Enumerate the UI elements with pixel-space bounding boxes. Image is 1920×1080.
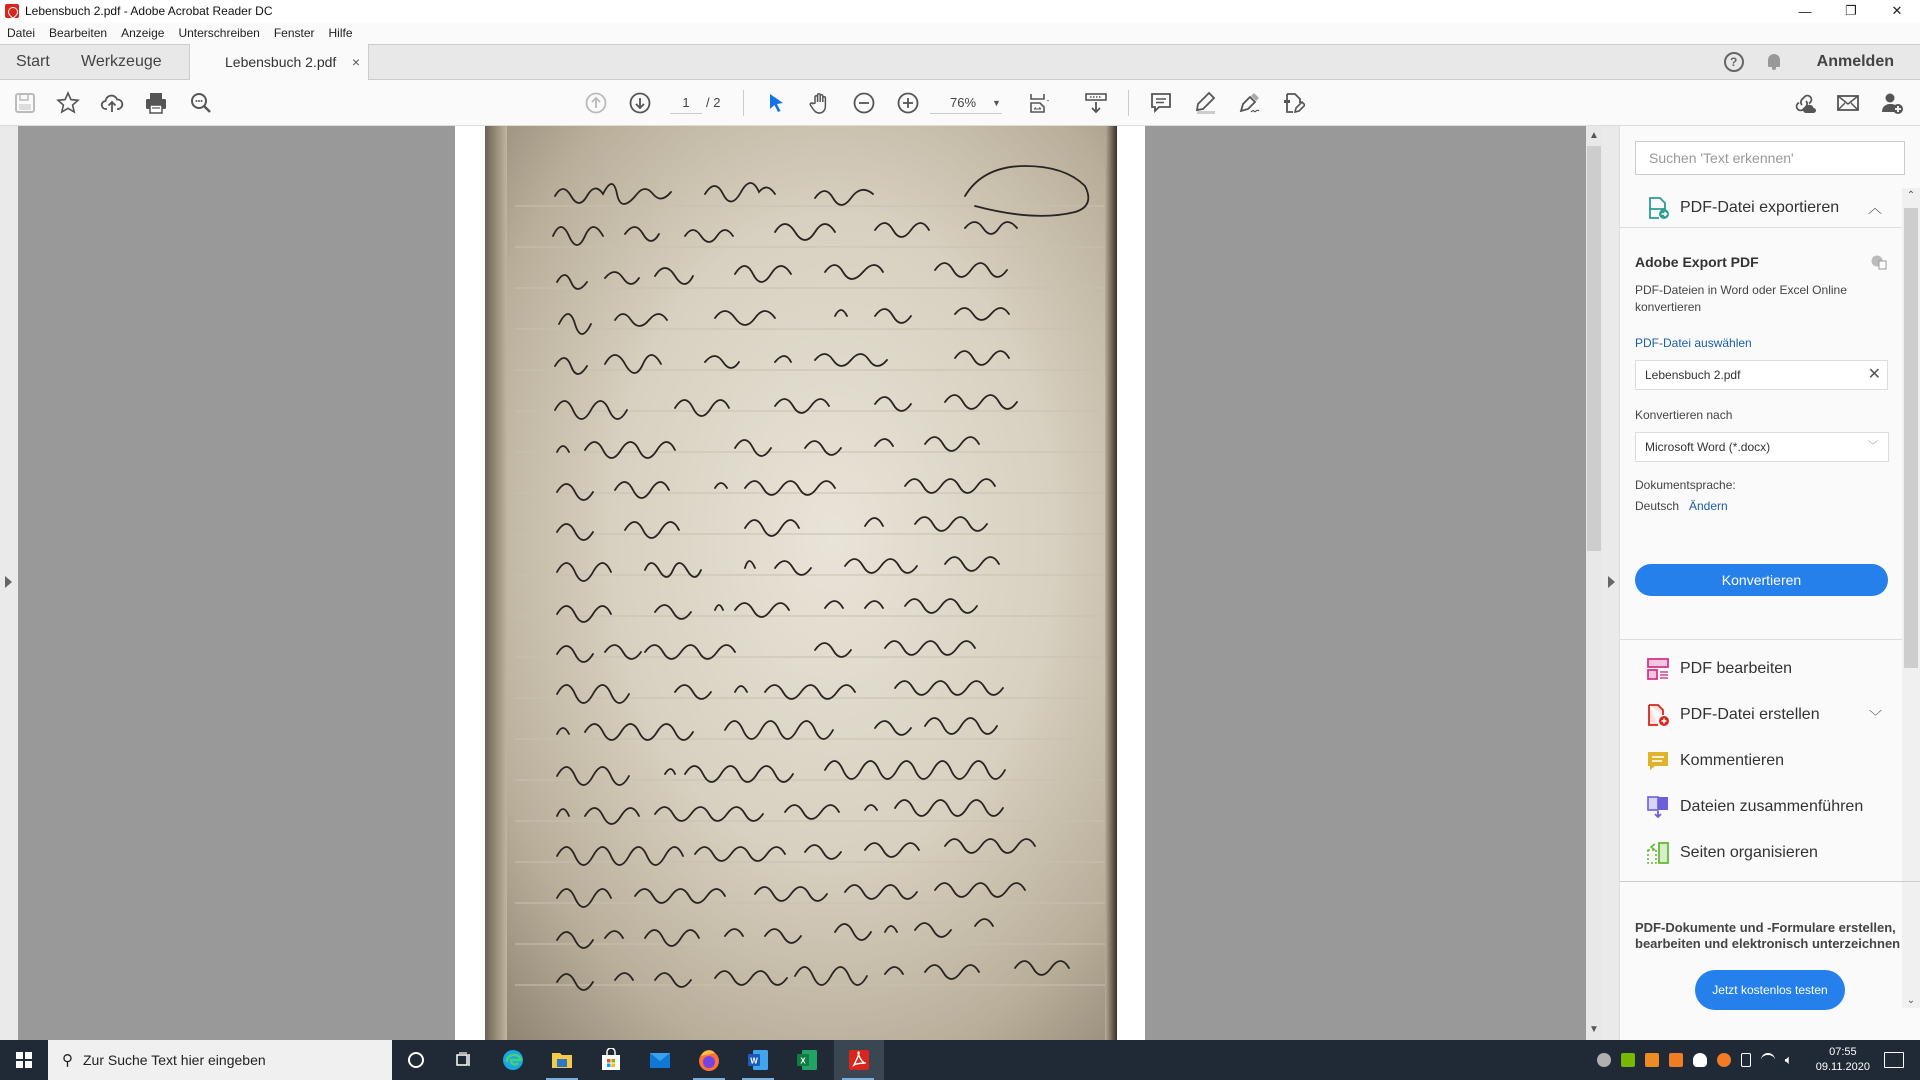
tab-start[interactable]: Start <box>16 45 50 79</box>
scroll-up-arrow-icon[interactable]: ▲ <box>1586 128 1602 144</box>
tool-label: Kommentieren <box>1680 752 1784 770</box>
firefox-icon[interactable] <box>685 1040 733 1080</box>
selected-file-name: Lebensbuch 2.pdf <box>1645 368 1740 382</box>
menu-datei[interactable]: Datei <box>7 26 35 40</box>
tools-panel: Suchen 'Text erkennen' ⌃ ⌄ PDF-Datei exp… <box>1620 126 1920 1040</box>
convert-format-select[interactable]: Microsoft Word (*.docx) ﹀ <box>1635 432 1889 462</box>
toolbar-divider <box>1128 90 1129 116</box>
free-trial-button[interactable]: Jetzt kostenlos testen <box>1695 970 1845 1010</box>
panel-scrollbar-thumb[interactable] <box>1904 208 1918 668</box>
edge-browser-icon[interactable] <box>489 1040 537 1080</box>
acrobat-reader-icon[interactable] <box>834 1040 884 1080</box>
menu-unterschreiben[interactable]: Unterschreiben <box>178 26 259 40</box>
tool-label: Dateien zusammenführen <box>1680 798 1863 816</box>
file-explorer-icon[interactable] <box>538 1040 586 1080</box>
windows-logo-icon <box>16 1052 32 1068</box>
excel-icon[interactable]: X <box>783 1040 831 1080</box>
taskbar-search-placeholder: Zur Suche Text hier eingeben <box>83 1052 266 1068</box>
volume-icon[interactable]: 🔈︎ <box>1785 1053 1799 1067</box>
onedrive-error-icon[interactable] <box>1597 1053 1611 1067</box>
nvidia-icon[interactable] <box>1621 1053 1635 1067</box>
select-cursor-icon[interactable] <box>763 90 789 116</box>
hand-tool-icon[interactable] <box>807 90 833 116</box>
usb-device-icon[interactable] <box>1741 1053 1751 1067</box>
expand-chevron-down-icon[interactable]: ﹀ <box>1869 706 1882 725</box>
windows-taskbar: ⚲ Zur Suche Text hier eingeben W X <box>0 1040 1920 1080</box>
tools-panel-scrollbar[interactable]: ⌃ ⌄ <box>1902 188 1920 1008</box>
tool-organize-pages[interactable]: Seiten organisieren <box>1620 833 1902 873</box>
comment-icon[interactable] <box>1148 90 1174 116</box>
menu-anzeige[interactable]: Anzeige <box>121 26 164 40</box>
export-pdf-header[interactable]: PDF-Datei exportieren ︿ <box>1620 188 1902 228</box>
edit-pdf-icon <box>1646 657 1670 681</box>
export-pdf-title: PDF-Datei exportieren <box>1680 199 1839 217</box>
export-description: PDF-Dateien in Word oder Excel Online ko… <box>1635 282 1890 316</box>
scrollbar-thumb[interactable] <box>1587 146 1601 551</box>
panel-scroll-up-icon[interactable]: ⌃ <box>1902 190 1920 201</box>
left-panel-toggle[interactable] <box>0 126 18 1040</box>
clock-time: 07:55 <box>1816 1045 1870 1060</box>
avast-antivirus-icon[interactable] <box>1717 1053 1731 1067</box>
share-link-icon[interactable] <box>1791 90 1817 116</box>
zoom-in-icon[interactable] <box>895 90 921 116</box>
remote-desktop-icon[interactable] <box>1645 1053 1659 1067</box>
expand-left-panel-arrow-icon[interactable] <box>5 576 12 588</box>
pdf-page <box>455 126 1145 1040</box>
tool-create-pdf[interactable]: PDF-Datei erstellen ﹀ <box>1620 695 1902 735</box>
tool-label: Seiten organisieren <box>1680 844 1818 862</box>
add-user-icon[interactable] <box>1879 90 1905 116</box>
save-icon[interactable] <box>12 90 38 116</box>
fill-and-sign-icon[interactable] <box>1280 90 1306 116</box>
start-button[interactable] <box>0 1040 48 1080</box>
svg-text:X: X <box>800 1057 806 1066</box>
handwritten-notebook-photo <box>485 126 1117 1040</box>
clear-file-icon[interactable]: ✕ <box>1868 361 1881 389</box>
bookmark-star-icon[interactable] <box>55 90 81 116</box>
adobe-export-heading: Adobe Export PDF <box>1635 254 1759 270</box>
toolbar-divider <box>743 90 744 116</box>
close-window-button[interactable]: ✕ <box>1874 0 1920 22</box>
print-icon[interactable] <box>143 90 169 116</box>
restore-button[interactable]: ❐ <box>1828 0 1874 22</box>
avast-boost-icon[interactable] <box>1669 1053 1683 1067</box>
zoom-out-icon[interactable] <box>851 90 877 116</box>
mail-icon[interactable] <box>636 1040 684 1080</box>
tool-edit-pdf[interactable]: PDF bearbeiten <box>1620 649 1902 689</box>
convert-button[interactable]: Konvertieren <box>1635 564 1888 596</box>
export-pdf-icon <box>1646 196 1670 220</box>
windows-security-icon[interactable] <box>1693 1053 1707 1067</box>
document-language-label: Dokumentsprache: <box>1635 478 1736 492</box>
page-down-icon[interactable] <box>627 90 653 116</box>
notification-bell-icon[interactable] <box>1766 53 1782 71</box>
tab-document-label: Lebensbuch 2.pdf <box>225 54 336 70</box>
minimize-button[interactable]: — <box>1782 0 1828 22</box>
scroll-mode-icon[interactable] <box>1083 90 1109 116</box>
collapse-right-panel-arrow-icon[interactable] <box>1608 576 1615 588</box>
microsoft-store-icon[interactable] <box>587 1040 635 1080</box>
cloud-document-icon <box>1870 254 1888 270</box>
svg-text:W: W <box>750 1057 758 1066</box>
panel-divider <box>1620 639 1902 640</box>
acrobat-app-icon <box>5 4 19 18</box>
document-language-value: Deutsch <box>1635 499 1679 513</box>
document-viewer[interactable] <box>18 126 1586 1040</box>
window-controls: — ❐ ✕ <box>1782 0 1920 22</box>
sign-in-button[interactable]: Anmelden <box>1817 53 1894 71</box>
title-bar: Lebensbuch 2.pdf - Adobe Acrobat Reader … <box>0 0 1920 22</box>
search-zoom-icon[interactable] <box>188 90 214 116</box>
panel-scroll-down-icon[interactable]: ⌄ <box>1902 995 1920 1006</box>
action-center-icon[interactable] <box>1884 1052 1904 1068</box>
create-pdf-icon <box>1646 703 1670 727</box>
word-icon[interactable]: W <box>734 1040 782 1080</box>
tool-label: PDF-Datei erstellen <box>1680 706 1820 724</box>
convert-to-label: Konvertieren nach <box>1635 408 1732 422</box>
highlight-icon[interactable] <box>1192 90 1218 116</box>
convert-format-value: Microsoft Word (*.docx) <box>1645 440 1770 454</box>
change-language-link[interactable]: Ändern <box>1689 499 1728 513</box>
menu-fenster[interactable]: Fenster <box>274 26 315 40</box>
comment-tool-icon <box>1646 749 1670 773</box>
page-total: / 2 <box>706 92 720 114</box>
header-actions: ? Anmelden <box>1724 45 1920 79</box>
window-title: Lebensbuch 2.pdf - Adobe Acrobat Reader … <box>25 4 273 18</box>
tab-bar: Start Werkzeuge Lebensbuch 2.pdf × ? Anm… <box>0 44 1920 80</box>
task-view-icon[interactable] <box>440 1040 488 1080</box>
search-icon: ⚲ <box>62 1051 73 1069</box>
tool-label: PDF bearbeiten <box>1680 660 1792 678</box>
page-number-input[interactable]: 1 <box>670 92 702 114</box>
scroll-down-arrow-icon[interactable]: ▼ <box>1586 1022 1602 1038</box>
panel-divider <box>1620 881 1920 882</box>
combine-files-icon <box>1646 795 1670 819</box>
tab-werkzeuge[interactable]: Werkzeuge <box>81 45 162 79</box>
toolbar: 1 / 2 76% ▼ <box>0 80 1920 126</box>
page-up-icon[interactable] <box>583 90 609 116</box>
clock-date: 09.11.2020 <box>1816 1060 1870 1075</box>
cloud-upload-icon[interactable] <box>99 90 125 116</box>
close-tab-icon[interactable]: × <box>352 54 360 70</box>
zoom-dropdown-chevron-icon[interactable]: ▼ <box>992 92 1001 114</box>
handwriting-strokes <box>485 126 1117 1040</box>
select-pdf-link[interactable]: PDF-Datei auswählen <box>1635 336 1752 350</box>
selected-file-field[interactable]: Lebensbuch 2.pdf ✕ <box>1635 360 1888 390</box>
wifi-icon[interactable] <box>1761 1053 1775 1067</box>
tab-document[interactable]: Lebensbuch 2.pdf × <box>189 44 369 80</box>
cortana-icon[interactable] <box>392 1040 440 1080</box>
menu-hilfe[interactable]: Hilfe <box>329 26 353 40</box>
menu-bearbeiten[interactable]: Bearbeiten <box>49 26 107 40</box>
promo-text: PDF-Dokumente und -Formulare erstellen, … <box>1635 920 1915 952</box>
email-icon[interactable] <box>1835 90 1861 116</box>
document-scrollbar[interactable]: ▲ ▼ <box>1586 126 1602 1040</box>
help-icon[interactable]: ? <box>1724 52 1744 72</box>
tool-comment[interactable]: Kommentieren <box>1620 741 1902 781</box>
organize-pages-icon <box>1646 841 1670 865</box>
system-tray: 🔈︎ 07:55 09.11.2020 <box>1592 1040 1920 1080</box>
sign-icon[interactable] <box>1236 90 1262 116</box>
collapse-chevron-up-icon[interactable]: ︿ <box>1868 198 1882 218</box>
tool-combine-files[interactable]: Dateien zusammenführen <box>1620 787 1902 827</box>
tools-search-input[interactable]: Suchen 'Text erkennen' <box>1635 141 1905 175</box>
chevron-down-icon: ﹀ <box>1868 433 1878 461</box>
right-panel-toggle[interactable] <box>1602 126 1620 1040</box>
taskbar-search-box[interactable]: ⚲ Zur Suche Text hier eingeben <box>48 1040 392 1080</box>
system-clock[interactable]: 07:55 09.11.2020 <box>1816 1045 1870 1075</box>
menu-bar: Datei Bearbeiten Anzeige Unterschreiben … <box>0 22 1920 44</box>
fit-page-icon[interactable] <box>1027 90 1053 116</box>
